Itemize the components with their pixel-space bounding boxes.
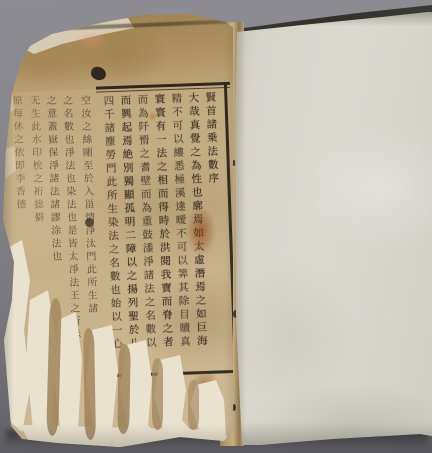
pink-stain <box>68 28 114 54</box>
paper-streak <box>152 358 163 430</box>
paper-streak <box>188 380 199 430</box>
paper-streak <box>83 328 96 440</box>
rust-stain <box>186 206 216 256</box>
orange-speck <box>147 110 158 123</box>
photo-of-open-antique-book: 空汝之絲剛至於入甾情淨汰門此所生諸 之名數也淨法也染法也是皆太淨法王之所示 之意… <box>0 0 432 453</box>
title-column: 賢首諸乗法數序 <box>202 91 223 221</box>
right-blank-page <box>232 8 432 448</box>
left-printed-page: 空汝之絲剛至於入甾情淨汰門此所生諸 之名數也淨法也染法也是皆太淨法王之所示 之意… <box>0 0 240 453</box>
paper-streak <box>117 344 131 434</box>
